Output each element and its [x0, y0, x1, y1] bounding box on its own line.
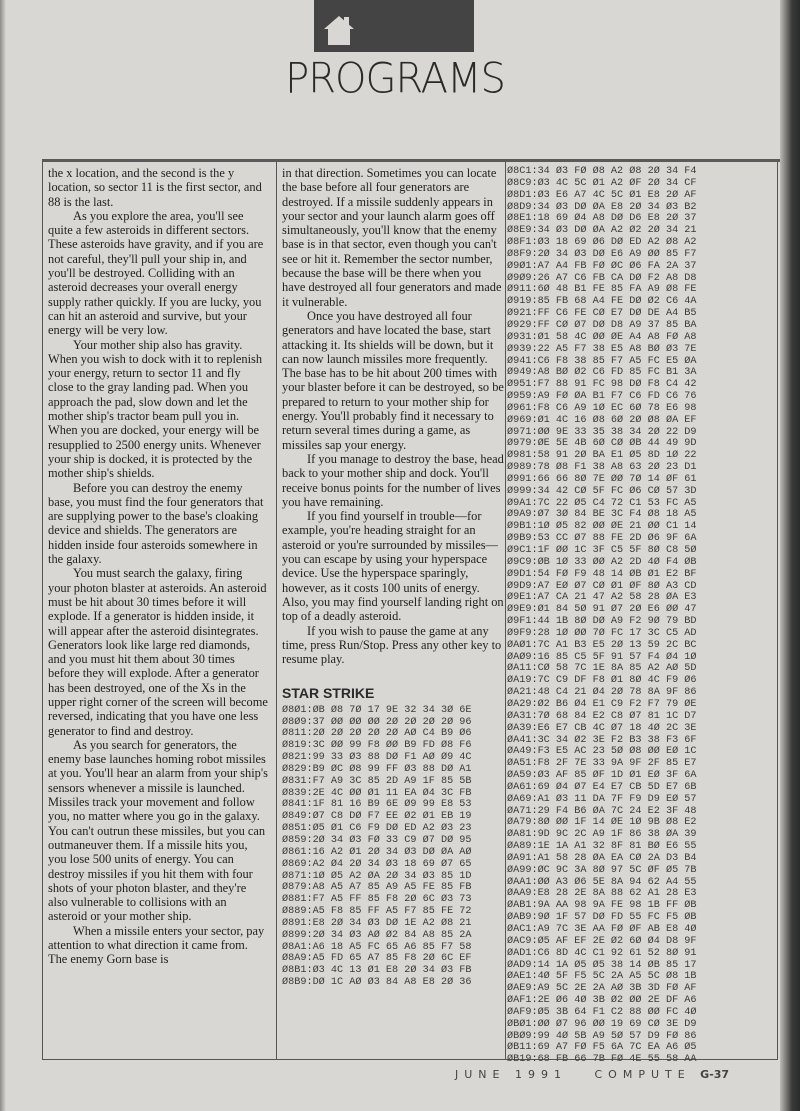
- hex-line: Ø9F9:28 1Ø ØØ 7Ø FC 17 3C C5 AD: [507, 628, 735, 640]
- footer-page-number: G-37: [700, 1068, 729, 1081]
- hex-line: Ø8Ø1:ØB Ø8 7Ø 17 9E 32 34 3Ø 6E: [282, 705, 504, 717]
- hex-line: Ø8D9:34 Ø3 DØ ØA E8 2Ø 34 Ø3 B2: [507, 202, 735, 214]
- article-frame: the x location, and the second is the y …: [42, 159, 780, 1059]
- paragraph: You must search the galaxy, firing your …: [48, 566, 268, 738]
- paragraph: the x location, and the second is the y …: [48, 166, 268, 209]
- column-divider-right: [777, 162, 778, 1059]
- hex-line: Ø9B9:53 CC Ø7 88 FE 2D Ø6 9F 6A: [507, 533, 735, 545]
- hex-line: Ø9D1:54 FØ F9 48 14 ØB Ø1 E2 BF: [507, 569, 735, 581]
- hex-line: Ø899:2Ø 34 Ø3 AØ Ø2 84 A8 85 2A: [282, 930, 504, 942]
- paragraph: Once you have destroyed all four generat…: [282, 309, 504, 452]
- hex-line: ØAA9:E8 28 2E 8A 88 62 A1 28 E3: [507, 888, 735, 900]
- hex-line: Ø971:ØØ 9E 33 35 38 34 2Ø 22 D9: [507, 427, 735, 439]
- hex-line: Ø8E1:18 69 Ø4 A8 DØ D6 E8 2Ø 37: [507, 213, 735, 225]
- hex-line: Ø991:66 66 8Ø 7E ØØ 7Ø 14 ØF 61: [507, 474, 735, 486]
- column-divider-left: [42, 162, 43, 1059]
- hex-line: Ø879:A8 A5 A7 85 A9 A5 FE 85 FB: [282, 882, 504, 894]
- hex-line: Ø839:2E 4C ØØ Ø1 11 EA Ø4 3C FB: [282, 788, 504, 800]
- hex-line: ØAE9:A9 5C 2E 2A AØ 3B 3D FØ AF: [507, 983, 735, 995]
- hex-line: Ø889:A5 F8 85 FF A5 F7 85 FE 72: [282, 906, 504, 918]
- hex-line: Ø961:F8 C6 A9 1Ø EC 6Ø 78 E6 98: [507, 403, 735, 415]
- hex-line: ØAA1:ØØ A3 Ø6 5E 8A 94 62 A4 55: [507, 877, 735, 889]
- footer-month: JUNE: [455, 1068, 505, 1081]
- hex-line: Ø921:FF C6 FE CØ E7 DØ DE A4 B5: [507, 308, 735, 320]
- hex-line: Ø939:22 A5 F7 38 E5 A8 BØ Ø3 7E: [507, 344, 735, 356]
- hex-line: Ø941:C6 F8 38 85 F7 A5 FC E5 ØA: [507, 356, 735, 368]
- hex-line: Ø8Ø9:37 ØØ ØØ ØØ 2Ø 2Ø 2Ø 2Ø 96: [282, 717, 504, 729]
- paragraph: in that direction. Sometimes you can loc…: [282, 166, 504, 309]
- hex-line: ØA69:A1 Ø3 11 DA 7F F9 D9 EØ 57: [507, 794, 735, 806]
- hex-line: ØA59:Ø3 AF 85 ØF 1D Ø1 EØ 3F 6A: [507, 770, 735, 782]
- hex-line: Ø969:Ø1 4C 16 Ø8 6Ø 2Ø Ø8 ØA EF: [507, 415, 735, 427]
- section-header-block: [314, 0, 474, 52]
- hex-line: Ø981:58 91 2Ø BA E1 Ø5 8D 1Ø 22: [507, 450, 735, 462]
- hex-line: Ø911:6Ø 48 B1 FE 85 FA A9 Ø8 FE: [507, 284, 735, 296]
- hex-line: ØAD9:14 1A Ø5 Ø5 38 14 ØB 85 17: [507, 960, 735, 972]
- hex-line: Ø999:34 42 CØ 5F FC Ø6 CØ 57 3D: [507, 486, 735, 498]
- hex-line: Ø919:85 FB 68 A4 FE DØ Ø2 C6 4A: [507, 296, 735, 308]
- hex-line: Ø849:Ø7 C8 DØ F7 EE Ø2 Ø1 EB 19: [282, 811, 504, 823]
- hex-line: Ø8A9:A5 FD 65 A7 85 F8 2Ø 6C EF: [282, 953, 504, 965]
- hex-line: ØAD1:C6 8D 4C C1 92 61 52 8Ø 91: [507, 948, 735, 960]
- hex-line: Ø959:A9 FØ ØA B1 F7 C6 FD C6 76: [507, 391, 735, 403]
- hex-line: ØA19:7C C9 DF F8 Ø1 8Ø 4C F9 Ø6: [507, 675, 735, 687]
- hex-line: Ø9Ø9:26 A7 C6 FB CA DØ F2 A8 D8: [507, 273, 735, 285]
- hex-line: ØA21:48 C4 21 Ø4 2Ø 78 8A 9F 86: [507, 687, 735, 699]
- column-divider-1: [276, 162, 277, 1059]
- hex-line: ØAB9:9Ø 1F 57 DØ FD 55 FC F5 ØB: [507, 912, 735, 924]
- hex-line: Ø881:F7 A5 FF 85 F8 2Ø 6C Ø3 73: [282, 894, 504, 906]
- article-column-2: in that direction. Sometimes you can loc…: [282, 166, 504, 989]
- paragraph: Before you can destroy the enemy base, y…: [48, 481, 268, 567]
- hex-line: ØAØ1:7C A1 B3 E5 2Ø 13 59 2C BC: [507, 640, 735, 652]
- paragraph: When a missile enters your sector, pay a…: [48, 924, 268, 967]
- hex-line: Ø8C9:Ø3 4C 5C Ø1 A2 ØF 2Ø 34 CF: [507, 178, 735, 190]
- hex-line: Ø8A1:A6 18 A5 FC 65 A6 85 F7 58: [282, 942, 504, 954]
- hex-line: ØA79:8Ø ØØ 1F 14 ØE 1Ø 9B Ø8 E2: [507, 817, 735, 829]
- hex-line: ØBØ1:ØØ Ø7 96 ØØ 19 69 CØ 3E D9: [507, 1019, 735, 1031]
- hex-line: ØAE1:4Ø 5F F5 5C 2A A5 5C Ø8 1B: [507, 971, 735, 983]
- hex-line: ØA71:29 F4 B6 ØA 7C 24 E2 3F 48: [507, 806, 735, 818]
- paragraph: As you explore the area, you'll see quit…: [48, 209, 268, 338]
- hex-line: ØAF1:2E Ø6 4Ø 3B Ø2 ØØ 2E DF A6: [507, 995, 735, 1007]
- hex-line: ØA49:F3 E5 AC 23 5Ø Ø8 ØØ EØ 1C: [507, 746, 735, 758]
- hex-line: ØA41:3C 34 Ø2 3E F2 B3 38 F3 6F: [507, 735, 735, 747]
- hex-line: ØB11:69 A7 FØ F5 6A 7C EA A6 Ø5: [507, 1042, 735, 1054]
- hex-line: Ø931:Ø1 58 4C ØØ ØE A4 A8 FØ A8: [507, 332, 735, 344]
- hex-line: ØA51:F8 2F 7E 33 9A 9F 2F 85 E7: [507, 758, 735, 770]
- hex-line: Ø951:F7 88 91 FC 98 DØ F8 C4 42: [507, 379, 735, 391]
- column-2-text: in that direction. Sometimes you can loc…: [282, 166, 504, 666]
- hex-line: ØBØ9:99 4Ø 5B A9 5Ø 57 D9 FØ 86: [507, 1031, 735, 1043]
- article-column-1: the x location, and the second is the y …: [48, 166, 268, 967]
- hex-line: Ø841:1F 81 16 B9 6E Ø9 99 E8 53: [282, 799, 504, 811]
- hex-line: Ø8E9:34 Ø3 DØ ØA A2 Ø2 2Ø 34 21: [507, 225, 735, 237]
- article-column-3: Ø8C1:34 Ø3 FØ Ø8 A2 Ø8 2Ø 34 F4Ø8C9:Ø3 4…: [507, 166, 735, 1066]
- hex-line: ØA29:Ø2 B6 Ø4 E1 C9 F2 F7 79 ØE: [507, 699, 735, 711]
- hex-listing-part-2: Ø8C1:34 Ø3 FØ Ø8 A2 Ø8 2Ø 34 F4Ø8C9:Ø3 4…: [507, 166, 735, 1066]
- hex-line: ØA39:E6 E7 CB 4C Ø7 18 4Ø 2C 3E: [507, 723, 735, 735]
- hex-line: ØB19:68 FB 66 7B FØ 4E 55 58 AA: [507, 1054, 735, 1066]
- paragraph: If you wish to pause the game at any tim…: [282, 624, 504, 667]
- hex-line: Ø821:99 33 Ø3 88 DØ F1 AØ Ø9 4C: [282, 752, 504, 764]
- footer-year: 1991: [515, 1068, 567, 1081]
- hex-line: Ø929:FF CØ Ø7 DØ D8 A9 37 85 BA: [507, 320, 735, 332]
- hex-line: Ø9E1:A7 CA 21 47 A2 58 28 ØA E3: [507, 592, 735, 604]
- hex-line: Ø861:16 A2 Ø1 2Ø 34 Ø3 DØ ØA AØ: [282, 847, 504, 859]
- hex-line: ØAC1:A9 7C 3E AA FØ ØF AB E8 4Ø: [507, 924, 735, 936]
- hex-line: Ø9D9:A7 EØ Ø7 CØ Ø1 ØF 8Ø A3 CD: [507, 581, 735, 593]
- hex-line: Ø811:2Ø 2Ø 2Ø 2Ø 2Ø AØ C4 B9 Ø6: [282, 728, 504, 740]
- paragraph: If you manage to destroy the base, head …: [282, 452, 504, 509]
- hex-line: Ø989:78 Ø8 F1 38 A8 63 2Ø 23 D1: [507, 462, 735, 474]
- hex-line: Ø979:ØE 5E 4B 6Ø CØ ØB 44 49 9D: [507, 438, 735, 450]
- hex-line: Ø831:F7 A9 3C 85 2D A9 1F 85 5B: [282, 776, 504, 788]
- hex-line: ØA81:9D 9C 2C A9 1F 86 38 ØA 39: [507, 829, 735, 841]
- hex-line: Ø869:A2 Ø4 2Ø 34 Ø3 18 69 Ø7 65: [282, 859, 504, 871]
- hex-line: Ø949:A8 BØ Ø2 C6 FD 85 FC B1 3A: [507, 367, 735, 379]
- section-title: PROGRAMS: [265, 55, 525, 103]
- hex-line: Ø9C9:ØB 1Ø 33 ØØ A2 2D 4Ø F4 ØB: [507, 557, 735, 569]
- hex-line: Ø891:E8 2Ø 34 Ø3 DØ 1E A2 Ø8 21: [282, 918, 504, 930]
- hex-line: Ø9E9:Ø1 84 5Ø 91 Ø7 2Ø E6 ØØ 47: [507, 604, 735, 616]
- footer-magazine: COMPUTE: [594, 1068, 690, 1081]
- hex-line: Ø829:B9 ØC Ø8 99 FF Ø3 88 DØ A1: [282, 764, 504, 776]
- hex-line: Ø8B1:Ø3 4C 13 Ø1 E8 2Ø 34 Ø3 FB: [282, 965, 504, 977]
- hex-line: ØA99:ØC 9C 3A 8Ø 97 5C ØF Ø5 7B: [507, 865, 735, 877]
- hex-line: Ø8F9:2Ø 34 Ø3 DØ E6 A9 ØØ 85 F7: [507, 249, 735, 261]
- paragraph: As you search for generators, the enemy …: [48, 738, 268, 924]
- hex-line: ØA61:69 Ø4 Ø7 E4 E7 CB 5D E7 6B: [507, 782, 735, 794]
- hex-line: Ø9C1:1F ØØ 1C 3F C5 5F 8Ø C8 5Ø: [507, 545, 735, 557]
- house-icon: [322, 14, 356, 46]
- hex-line: ØA11:CØ 58 7C 1E 8A 85 A2 AØ 5D: [507, 663, 735, 675]
- hex-line: Ø9A1:7C 22 Ø5 C4 72 C1 53 FC A5: [507, 498, 735, 510]
- page-footer: JUNE 1991 COMPUTE G-37: [455, 1068, 729, 1081]
- hex-line: Ø871:1Ø Ø5 A2 ØA 2Ø 34 Ø3 85 1D: [282, 871, 504, 883]
- hex-line: Ø9A9:Ø7 3Ø 84 BE 3C F4 Ø8 18 A5: [507, 509, 735, 521]
- hex-line: Ø8B9:DØ 1C AØ Ø3 84 A8 E8 2Ø 36: [282, 977, 504, 989]
- hex-line: ØA91:A1 58 28 ØA EA CØ 2A D3 B4: [507, 853, 735, 865]
- hex-line: ØA89:1E 1A A1 32 8F 81 BØ E6 55: [507, 841, 735, 853]
- hex-line: Ø859:2Ø 34 Ø3 FØ 33 C9 Ø7 DØ 95: [282, 835, 504, 847]
- hex-line: Ø8D1:Ø3 E6 A7 4C 5C Ø1 E8 2Ø AF: [507, 190, 735, 202]
- hex-line: Ø9F1:44 1B 8Ø DØ A9 F2 9Ø 79 BD: [507, 616, 735, 628]
- hex-line: ØAF9:Ø5 3B 64 F1 C2 88 ØØ FC 4Ø: [507, 1007, 735, 1019]
- hex-line: Ø8C1:34 Ø3 FØ Ø8 A2 Ø8 2Ø 34 F4: [507, 166, 735, 178]
- hex-line: ØAB1:9A AA 98 9A FE 98 1B FF ØB: [507, 900, 735, 912]
- hex-line: ØAØ9:16 85 C5 5F 91 57 F4 Ø4 1Ø: [507, 652, 735, 664]
- hex-line: Ø9Ø1:A7 A4 FB FØ ØC Ø6 FA 2A 37: [507, 261, 735, 273]
- hex-line: Ø819:3C ØØ 99 F8 ØØ B9 FD Ø8 F6: [282, 740, 504, 752]
- hex-line: Ø851:Ø5 Ø1 C6 F9 DØ ED A2 Ø3 23: [282, 823, 504, 835]
- page-binding-shadow: [780, 0, 800, 1111]
- hex-line: ØA31:7Ø 68 84 E2 C8 Ø7 81 1C D7: [507, 711, 735, 723]
- hex-line: Ø8F1:Ø3 18 69 Ø6 DØ ED A2 Ø8 A2: [507, 237, 735, 249]
- hex-line: ØAC9:Ø5 AF EF 2E Ø2 6Ø Ø4 D8 9F: [507, 936, 735, 948]
- hex-line: Ø9B1:1Ø Ø5 82 ØØ ØE 21 ØØ C1 14: [507, 521, 735, 533]
- paragraph: If you find yourself in trouble—for exam…: [282, 509, 504, 623]
- hex-listing-part-1: Ø8Ø1:ØB Ø8 7Ø 17 9E 32 34 3Ø 6EØ8Ø9:37 Ø…: [282, 705, 504, 989]
- page-left-edge: [0, 0, 6, 1111]
- paragraph: Your mother ship also has gravity. When …: [48, 338, 268, 481]
- column-divider-2: [505, 162, 506, 1059]
- listing-title: STAR STRIKE: [282, 686, 504, 700]
